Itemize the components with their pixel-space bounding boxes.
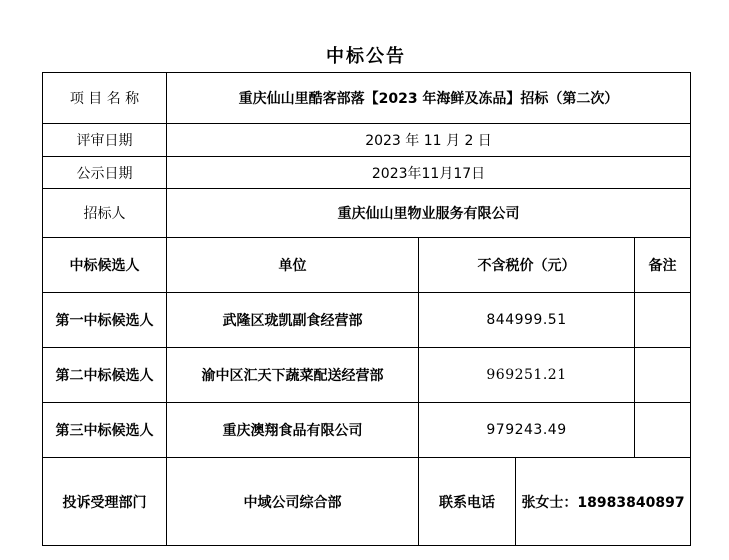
table-row-project: 项 目 名 称 重庆仙山里酷客部落【2023 年海鲜及冻品】招标（第二次） bbox=[43, 73, 691, 124]
contact-phone-label: 联系电话 bbox=[419, 458, 516, 546]
candidate-3-unit: 重庆澳翔食品有限公司 bbox=[167, 403, 419, 458]
candidate-2-unit: 渝中区汇天下蔬菜配送经营部 bbox=[167, 348, 419, 403]
review-date-label: 评审日期 bbox=[43, 124, 167, 157]
table-row-candidate-3: 第三中标候选人 重庆澳翔食品有限公司 979243.49 bbox=[43, 403, 691, 458]
tenderee-value: 重庆仙山里物业服务有限公司 bbox=[167, 189, 691, 238]
candidate-2-price: 969251.21 bbox=[419, 348, 635, 403]
candidate-2-rank: 第二中标候选人 bbox=[43, 348, 167, 403]
publicity-date-value: 2023年11月17日 bbox=[167, 157, 691, 189]
header-unit: 单位 bbox=[167, 238, 419, 293]
candidate-3-rank: 第三中标候选人 bbox=[43, 403, 167, 458]
candidate-1-remark bbox=[635, 293, 691, 348]
table-row-candidate-1: 第一中标候选人 武隆区珑凯副食经营部 844999.51 bbox=[43, 293, 691, 348]
candidate-3-remark bbox=[635, 403, 691, 458]
project-name-label: 项 目 名 称 bbox=[43, 73, 167, 124]
contact-phone-value: 张女士：18983840897 bbox=[516, 458, 691, 546]
announcement-table: 项 目 名 称 重庆仙山里酷客部落【2023 年海鲜及冻品】招标（第二次） 评审… bbox=[42, 72, 691, 546]
header-candidate: 中标候选人 bbox=[43, 238, 167, 293]
table-row-candidate-2: 第二中标候选人 渝中区汇天下蔬菜配送经营部 969251.21 bbox=[43, 348, 691, 403]
table-row-review-date: 评审日期 2023 年 11 月 2 日 bbox=[43, 124, 691, 157]
document-page: 中标公告 项 目 名 称 重庆仙山里酷客部落【2023 年海鲜及冻品】招标（第二… bbox=[0, 0, 729, 560]
tenderee-label: 招标人 bbox=[43, 189, 167, 238]
complaint-dept-label: 投诉受理部门 bbox=[43, 458, 167, 546]
candidate-2-remark bbox=[635, 348, 691, 403]
table-row-candidates-header: 中标候选人 单位 不含税价（元） 备注 bbox=[43, 238, 691, 293]
publicity-date-label: 公示日期 bbox=[43, 157, 167, 189]
table-row-complaint: 投诉受理部门 中域公司综合部 联系电话 张女士：18983840897 bbox=[43, 458, 691, 546]
page-title: 中标公告 bbox=[42, 42, 690, 68]
candidate-1-rank: 第一中标候选人 bbox=[43, 293, 167, 348]
header-price: 不含税价（元） bbox=[419, 238, 635, 293]
candidate-1-price: 844999.51 bbox=[419, 293, 635, 348]
project-name-value: 重庆仙山里酷客部落【2023 年海鲜及冻品】招标（第二次） bbox=[167, 73, 691, 124]
header-remark: 备注 bbox=[635, 238, 691, 293]
candidate-3-price: 979243.49 bbox=[419, 403, 635, 458]
candidate-1-unit: 武隆区珑凯副食经营部 bbox=[167, 293, 419, 348]
review-date-value: 2023 年 11 月 2 日 bbox=[167, 124, 691, 157]
complaint-dept-value: 中域公司综合部 bbox=[167, 458, 419, 546]
table-row-publicity-date: 公示日期 2023年11月17日 bbox=[43, 157, 691, 189]
table-row-tenderee: 招标人 重庆仙山里物业服务有限公司 bbox=[43, 189, 691, 238]
